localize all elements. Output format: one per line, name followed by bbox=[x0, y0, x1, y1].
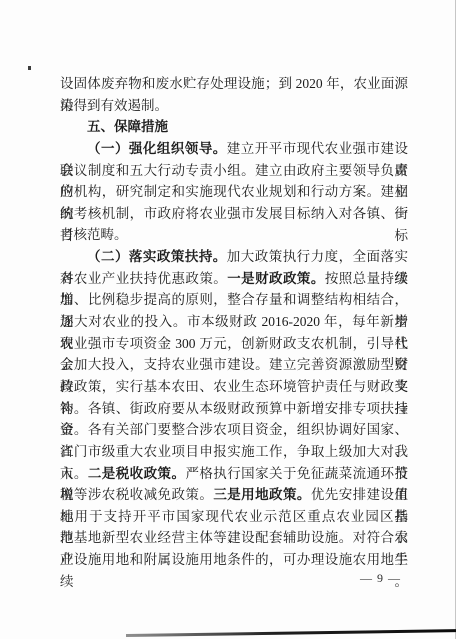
document-line: 加大对农业的投入。市本级财政 2016-2020 年，每年新增现代 bbox=[60, 311, 408, 333]
text-run: 税等涉农税收减免政策。 bbox=[60, 487, 213, 502]
document-line: 税等涉农税收减免政策。三是用地政策。优先安排建设用地指 bbox=[60, 484, 408, 506]
scan-speck bbox=[28, 66, 31, 70]
document-line: （一）强化组织领导。建立开平市现代农业强市建设联席 bbox=[60, 138, 408, 160]
document-line: 的考核机制，市政府将农业强市发展目标纳入对各镇、街目标 bbox=[60, 203, 408, 225]
document-line: 钩。各镇、街政府要从本级财政预算中新增安排专项扶持资 bbox=[60, 398, 408, 420]
document-line: 范基地新型农业经营主体等建设配套辅助设施。对符合农业生 bbox=[60, 527, 408, 549]
document-line: 会议制度和五大行动专责小组。建立由政府主要领导负责的相 bbox=[60, 160, 408, 182]
scan-artifact-line-bottom bbox=[126, 629, 456, 636]
text-run: 染得到有效遏制。 bbox=[60, 98, 168, 113]
bold-text-run: （一）强化组织领导。 bbox=[87, 141, 227, 156]
text-run: 对农业产业扶持优惠政策。 bbox=[60, 271, 227, 286]
document-line: （二）落实政策扶持。加大政策执行力度，全面落实各级 bbox=[60, 246, 408, 268]
bold-text-run: （二）落实政策扶持。 bbox=[87, 249, 227, 264]
document-line: 江门市级重大农业项目申报实施工作，争取上级加大对我市投 bbox=[60, 441, 408, 463]
text-run: 产设施用地和附属设施用地条件的，可办理设施农用地手续。 bbox=[60, 552, 408, 589]
text-run: 入。 bbox=[60, 466, 88, 481]
document-line: 应机构，研究制定和实施现代农业规划和行动方案。建立统一 bbox=[60, 181, 408, 203]
bold-text-run: 五、保障措施 bbox=[87, 119, 168, 134]
document-line: 加、比例稳步提高的原则，整合存量和调整结构相结合，逐步 bbox=[60, 289, 408, 311]
bold-text-run: 二是税收政策。 bbox=[88, 466, 186, 481]
bold-text-run: 一是财政政策。 bbox=[227, 271, 325, 286]
document-page: 设固体废弃物和废水贮存处理设施；到 2020 年，农业面源污染得到有效遏制。五、… bbox=[0, 0, 456, 639]
document-line: 对农业产业扶持优惠政策。一是财政政策。按照总量持续增 bbox=[60, 268, 408, 290]
document-line: 金。各有关部门要整合涉农项目资金，组织协调好国家、省、 bbox=[60, 419, 408, 441]
page-number: — 9 — bbox=[360, 571, 401, 586]
document-line: 金加大投入，支持农业强市建设。建立完善资源激励型财政支 bbox=[60, 354, 408, 376]
text-run: 考核范畴。 bbox=[60, 227, 128, 242]
document-line: 标用于支持开平市国家现代农业示范区重点农业园区基地、示 bbox=[60, 506, 408, 528]
document-line: 入。二是税收政策。严格执行国家关于免征蔬菜流通环节增值 bbox=[60, 463, 408, 485]
document-line: 五、保障措施 bbox=[60, 116, 408, 138]
document-line: 产设施用地和附属设施用地条件的，可办理设施农用地手续。 bbox=[60, 549, 408, 571]
document-line: 持政策，实行基本农田、农业生态环境管护责任与财政奖补挂 bbox=[60, 376, 408, 398]
document-line: 设固体废弃物和废水贮存处理设施；到 2020 年，农业面源污 bbox=[60, 73, 408, 95]
document-line: 染得到有效遏制。 bbox=[60, 95, 408, 117]
document-text-block: 设固体废弃物和废水贮存处理设施；到 2020 年，农业面源污染得到有效遏制。五、… bbox=[60, 73, 408, 571]
bold-text-run: 三是用地政策。 bbox=[213, 487, 311, 502]
document-line: 农业强市专项资金 300 万元，创新财政支农机制，引导社会资 bbox=[60, 333, 408, 355]
